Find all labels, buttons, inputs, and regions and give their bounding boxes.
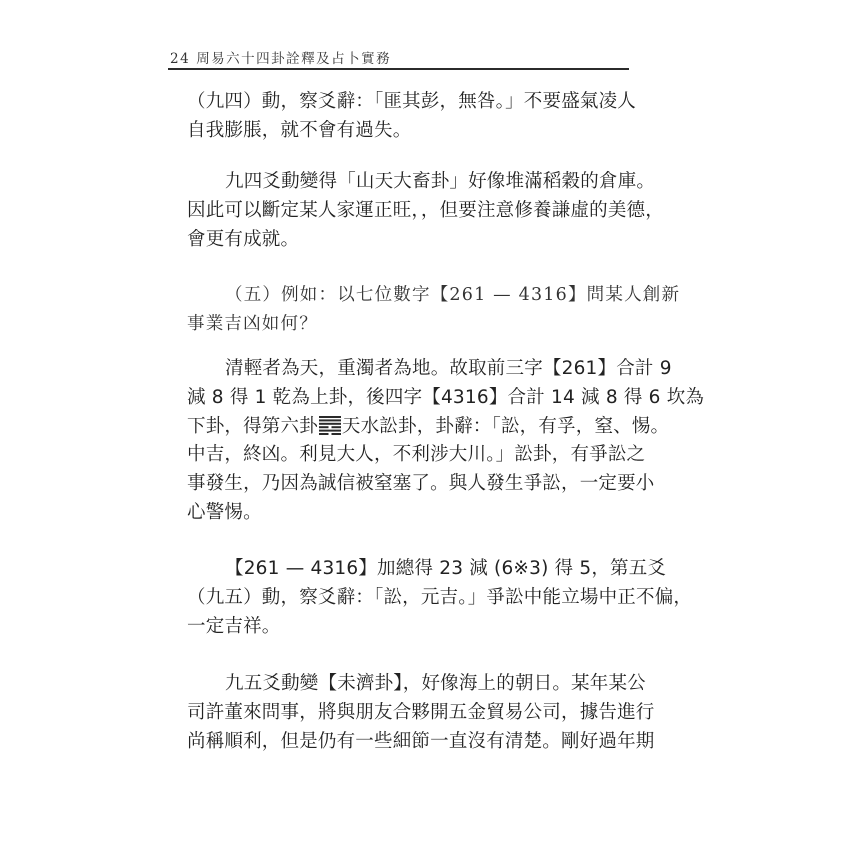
hexagram-song-icon [319,416,341,435]
text-line: （九四）動，察爻辭：「匪其彭，無咎。」不要盛氣凌人 [187,88,627,117]
text-line: 一定吉祥。 [187,613,627,642]
text-line: （五）例如：以七位數字【261 — 4316】問某人創新 [187,281,627,310]
text-segment: 天水訟卦，卦辭：「訟，有孚，窒、惕。 [342,416,669,437]
text-line: 九四爻動變得「山天大畜卦」好像堆滿稻穀的倉庫。 [187,168,627,197]
text-line: 司許董來問事，將與朋友合夥開五金貿易公司，據告進行 [187,699,627,728]
text-line: 心警惕。 [187,499,627,528]
text-segment: 下卦，得第六卦 [187,416,318,437]
paragraph-1: （九四）動，察爻辭：「匪其彭，無咎。」不要盛氣凌人 自我膨脹，就不會有過失。 [187,88,627,146]
text-line: 事發生，乃因為誠信被窒塞了。與人發生爭訟，一定要小 [187,470,627,499]
paragraph-3-example: （五）例如：以七位數字【261 — 4316】問某人創新 事業吉凶如何？ [187,281,627,339]
text-line: 清輕者為天，重濁者為地。故取前三字【261】合計 9 [187,355,627,384]
text-line: 【261 — 4316】加總得 23 減 (6※3) 得 5，第五爻 [187,555,627,584]
running-header: 24周易六十四卦詮釋及占卜實務 [170,47,628,67]
text-line: 尚稱順利，但是仍有一些細節一直沒有清楚。剛好過年期 [187,728,627,757]
paragraph-5: 【261 — 4316】加總得 23 減 (6※3) 得 5，第五爻 （九五）動… [187,555,627,641]
paragraph-2: 九四爻動變得「山天大畜卦」好像堆滿稻穀的倉庫。 因此可以斷定某人家運正旺，，但要… [187,168,627,254]
text-line: （九五）動，察爻辭：「訟，元吉。」爭訟中能立場中正不偏， [187,584,627,613]
text-line: 減 8 得 1 乾為上卦，後四字【4316】合計 14 減 8 得 6 坎為 [187,384,627,413]
text-line: 自我膨脹，就不會有過失。 [187,117,627,146]
header-rule [168,68,629,70]
hexagram-glyph [319,416,341,435]
text-line: 因此可以斷定某人家運正旺，，但要注意修養謙虛的美德， [187,197,627,226]
text-line: 九五爻動變【未濟卦】，好像海上的朝日。某年某公 [187,670,627,699]
page-number: 24 [170,51,190,67]
paragraph-4: 清輕者為天，重濁者為地。故取前三字【261】合計 9 減 8 得 1 乾為上卦，… [187,355,627,528]
text-line-with-hexagram: 下卦，得第六卦 天水訟卦，卦辭：「訟，有孚，窒、惕。 [187,413,627,442]
text-line: 中吉，終凶。利見大人，不利涉大川。」訟卦，有爭訟之 [187,441,627,470]
paragraph-6: 九五爻動變【未濟卦】，好像海上的朝日。某年某公 司許董來問事，將與朋友合夥開五金… [187,670,627,756]
book-page: 24周易六十四卦詮釋及占卜實務 （九四）動，察爻辭：「匪其彭，無咎。」不要盛氣凌… [0,0,850,850]
text-line: 會更有成就。 [187,226,627,255]
text-line: 事業吉凶如何？ [187,310,627,339]
book-title: 周易六十四卦詮釋及占卜實務 [196,51,391,67]
